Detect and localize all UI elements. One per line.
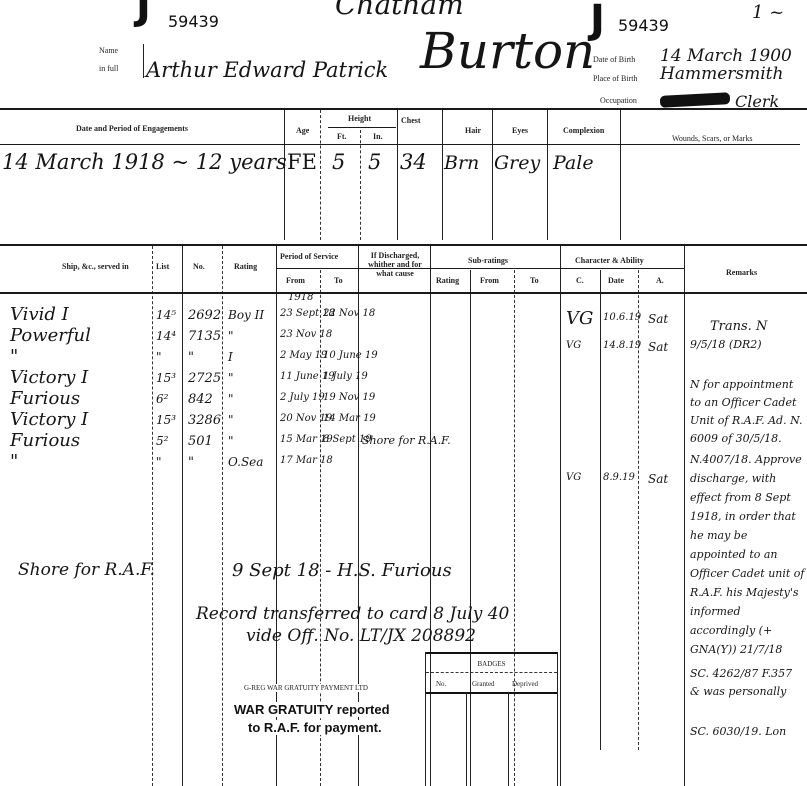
cell-no: 501 (188, 434, 213, 449)
height-in-value: 5 (368, 150, 381, 174)
cell-rating: " (228, 434, 234, 448)
official-number: 59439 (168, 12, 219, 31)
character-date: 14.8.19 (603, 340, 641, 351)
cell-list: " (156, 350, 162, 364)
cell-from: 23 Nov 18 (280, 329, 332, 340)
cell-no: 7135 (188, 329, 221, 344)
character-c: VG (566, 472, 581, 483)
remark-2: 9/5/18 (DR2) (690, 336, 805, 354)
cell-to: 14 Mar 19 (323, 413, 376, 424)
eyes-header: Eyes (512, 126, 528, 135)
remark-4: N.4007/18. Approve discharge, with effec… (690, 450, 805, 659)
cell-to: 1 July 19 (323, 371, 368, 382)
sub-from-header: From (480, 276, 499, 285)
subheader-rule (276, 268, 684, 269)
cell-no: 2725 (188, 371, 221, 386)
character-c: VG (566, 340, 581, 351)
character-a: Sat (648, 312, 668, 326)
remark-6: SC. 6030/19. Lon (690, 723, 805, 741)
age-header: Age (296, 126, 309, 135)
cell-rating: O.Sea (228, 455, 263, 469)
height-ft-header: Ft. (337, 132, 347, 141)
remark-3: N for appointment to an Officer Cadet Un… (690, 376, 805, 448)
remark-1: Trans. N (690, 318, 805, 336)
c-header: C. (576, 276, 584, 285)
badges-title: BADGES (426, 660, 557, 668)
chest-value: 34 (400, 150, 427, 174)
cell-rating: " (228, 371, 234, 385)
date-of-birth-label: Date of Birth (593, 55, 635, 64)
character-a: Sat (648, 472, 668, 486)
cell-to: 10 June 19 (323, 350, 378, 361)
cell-from: 2 May 19 (280, 350, 327, 361)
col-line (320, 110, 321, 240)
no-header: No. (193, 262, 205, 271)
year-note: 1918 (288, 292, 313, 303)
eyes-value: Grey (494, 152, 540, 174)
date-of-birth: 14 March 1900 (660, 46, 792, 66)
col-line (442, 110, 443, 240)
cell-list: 15³ (156, 371, 176, 385)
col-line (684, 246, 685, 786)
gratuity-stamp-2: to R.A.F. for payment. (246, 720, 384, 735)
col-line (152, 246, 153, 786)
discharge-note: Shore for R.A.F. (18, 560, 155, 580)
discharged-header: If Discharged, whither and for what caus… (360, 252, 430, 278)
cell-ship: " (10, 346, 18, 367)
cell-rating: I (228, 350, 233, 364)
col-line (600, 270, 601, 750)
character-date: 8.9.19 (603, 472, 635, 483)
cell-no: 2692 (188, 308, 221, 323)
cell-ship: Powerful (10, 325, 91, 346)
col-line (560, 246, 561, 786)
engagement-header-rule (0, 144, 800, 145)
period-header: Period of Service (280, 252, 338, 261)
port-division: Chatham (335, 0, 464, 21)
service-top-rule (0, 244, 807, 246)
cell-rating: " (228, 329, 234, 343)
cell-ship: Furious (10, 388, 80, 409)
cell-list: 14⁵ (156, 308, 176, 322)
character-header: Character & Ability (575, 256, 644, 265)
gratuity-small-stamp: G-REG WAR GRATUITY PAYMENT LTD (244, 684, 368, 692)
remarks-block: Trans. N 9/5/18 (DR2) N for appointment … (690, 318, 805, 741)
remark-5: SC. 4262/87 F.357 & was personally (690, 665, 805, 701)
remarks-header: Remarks (726, 268, 757, 277)
cell-list: 6² (156, 392, 168, 406)
col-line (397, 110, 398, 240)
complexion-header: Complexion (563, 126, 604, 135)
height-ft-value: 5 (332, 150, 345, 174)
col-line (360, 130, 361, 240)
sub-rating-header: Rating (436, 276, 459, 285)
ship-header: Ship, &c., served in (62, 262, 129, 271)
place-of-birth-label: Place of Birth (593, 74, 637, 83)
rating-header: Rating (234, 262, 257, 271)
from-header: From (286, 276, 305, 285)
hair-header: Hair (465, 126, 481, 135)
chest-header: Chest (401, 116, 421, 125)
cell-to: 19 Nov 19 (323, 392, 375, 403)
badges-no-header: No. (436, 680, 446, 688)
sub-to-header: To (530, 276, 539, 285)
cell-list: 15³ (156, 413, 176, 427)
transfer-note-2: vide Off. No. LT/JX 208892 (246, 626, 476, 646)
date-header: Date (608, 276, 624, 285)
hair-value: Brn (444, 152, 479, 174)
given-names: Arthur Edward Patrick (146, 58, 388, 82)
a-header: A. (656, 276, 664, 285)
cell-no: " (188, 455, 194, 470)
complexion-value: Pale (553, 152, 594, 174)
col-line (620, 110, 621, 240)
cell-ship: Victory I (10, 409, 88, 430)
engagement-date: 14 March 1918 ~ 12 years (2, 150, 287, 174)
sub-ratings-header: Sub-ratings (468, 256, 508, 265)
cell-rating: " (228, 413, 234, 427)
gratuity-stamp-1: WAR GRATUITY reported (232, 702, 392, 717)
cell-ship: Vivid I (10, 304, 69, 325)
cell-ship: " (10, 451, 18, 472)
official-number-right: 59439 (618, 16, 669, 35)
cell-from: 17 Mar 18 (280, 455, 333, 466)
cell-ship: Victory I (10, 367, 88, 388)
cell-discharged: Shore for R.A.F. (362, 434, 451, 447)
character-a: Sat (648, 340, 668, 354)
col-line (284, 110, 285, 240)
transfer-note-1: Record transferred to card 8 July 40 (196, 604, 509, 624)
corner-mark: 1 ~ (752, 2, 784, 23)
cell-rating: " (228, 392, 234, 406)
age-value: FE (287, 150, 317, 174)
col-line (222, 246, 223, 786)
surname: Burton (420, 26, 595, 76)
cell-no: 3286 (188, 413, 221, 428)
name-label: Name (99, 46, 118, 55)
badges-table: BADGES No. Granted Deprived (425, 652, 558, 786)
badges-deprived-header: Deprived (512, 680, 538, 688)
col-line (492, 110, 493, 240)
service-header-rule (0, 292, 807, 294)
cell-list: 5² (156, 434, 168, 448)
engagement-header: Date and Period of Engagements (76, 124, 188, 133)
cell-rating: Boy II (228, 308, 264, 322)
occupation-label: Occupation (600, 96, 637, 105)
badges-granted-header: Granted (472, 680, 495, 688)
occupation-strikeout (660, 92, 731, 108)
height-in-header: In. (373, 132, 383, 141)
height-header: Height (348, 114, 371, 123)
cell-list: 14⁴ (156, 329, 176, 343)
date-note: 9 Sept 18 - H.S. Furious (232, 560, 452, 581)
cell-no: 842 (188, 392, 213, 407)
name-bracket (143, 44, 144, 78)
name-label-2: in full (99, 64, 118, 73)
cell-list: " (156, 455, 162, 469)
col-line (547, 110, 548, 240)
official-number-prefix: J (136, 0, 151, 26)
height-rule (328, 127, 396, 128)
cell-from: 2 July 19 (280, 392, 325, 403)
cell-to: 22 Nov 18 (323, 308, 375, 319)
marks-header: Wounds, Scars, or Marks (672, 134, 752, 143)
cell-ship: Furious (10, 430, 80, 451)
to-header: To (334, 276, 343, 285)
character-c: VG (566, 308, 593, 329)
list-header: List (156, 262, 169, 271)
header-rule (0, 108, 807, 110)
place-of-birth: Hammersmith (660, 64, 783, 84)
cell-no: " (188, 350, 194, 365)
col-line (182, 246, 183, 786)
character-date: 10.6.19 (603, 312, 641, 323)
